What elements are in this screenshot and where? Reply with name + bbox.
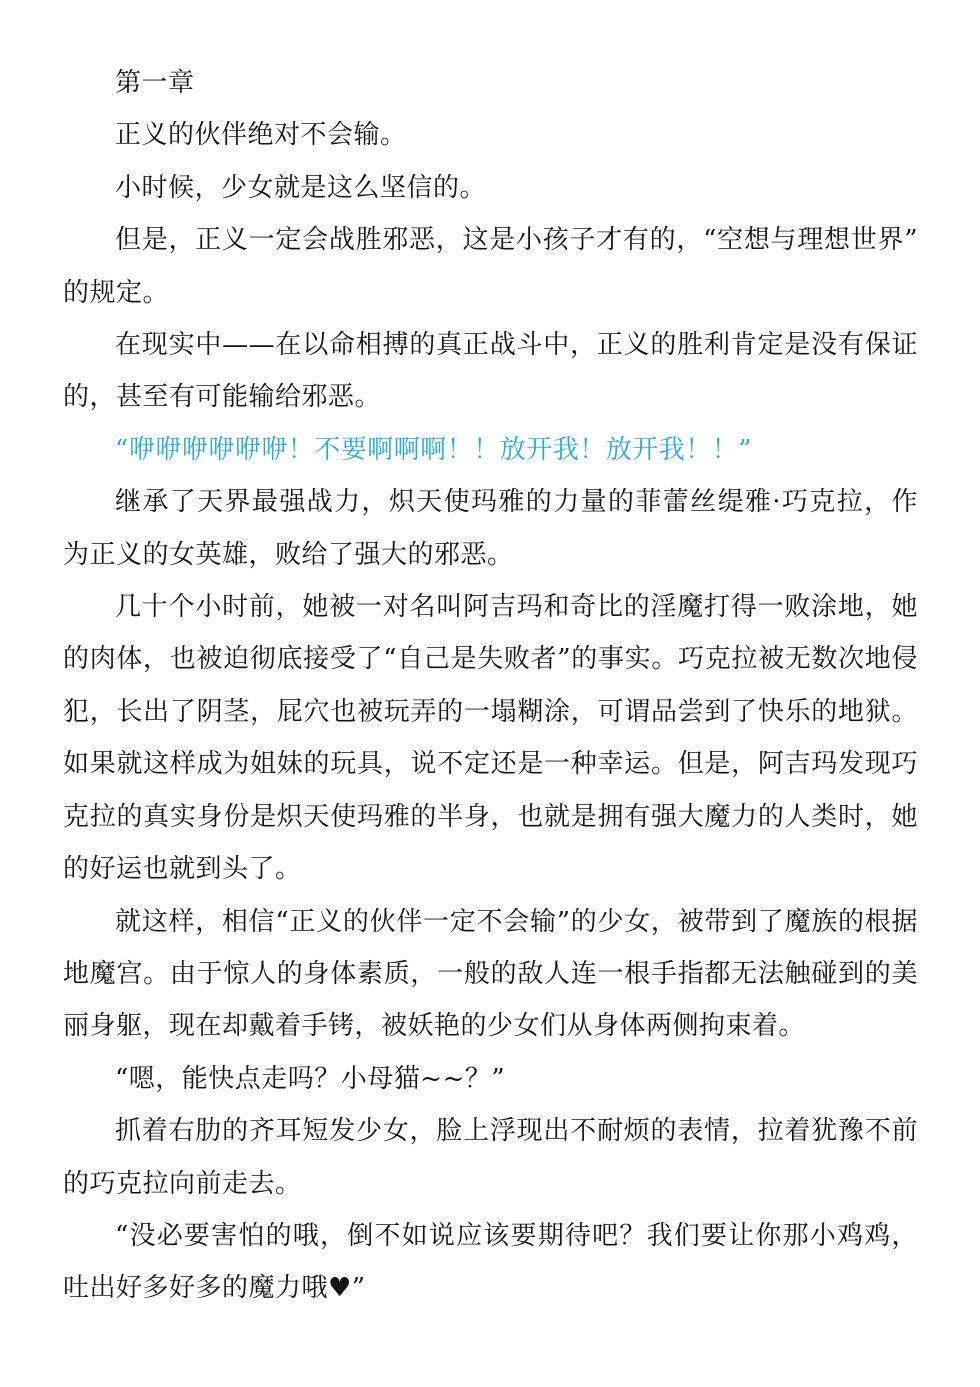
dialogue-line: “咿咿咿咿咿咿！不要啊啊啊！！放开我！放开我！！” <box>63 424 918 476</box>
paragraph: 在现实中——在以命相搏的真正战斗中，正义的胜利肯定是没有保证的，甚至有可能输给邪… <box>63 319 918 424</box>
document-page: 第一章正义的伙伴绝对不会输。小时候，少女就是这么坚信的。但是，正义一定会战胜邪恶… <box>0 0 980 1387</box>
paragraph: 继承了天界最强战力，炽天使玛雅的力量的菲蕾丝缇雅·巧克拉，作为正义的女英雄，败给… <box>63 476 918 581</box>
dialogue-line: “没必要害怕的哦，倒不如说应该要期待吧？我们要让你那小鸡鸡，吐出好多好多的魔力哦… <box>63 1210 918 1315</box>
paragraph: 正义的伙伴绝对不会输。 <box>63 109 918 161</box>
paragraph: 小时候，少女就是这么坚信的。 <box>63 162 918 214</box>
paragraph: 几十个小时前，她被一对名叫阿吉玛和奇比的淫魔打得一败涂地，她的肉体，也被迫彻底接… <box>63 581 918 895</box>
paragraph: 但是，正义一定会战胜邪恶，这是小孩子才有的，“空想与理想世界”的规定。 <box>63 214 918 319</box>
text-content: 第一章正义的伙伴绝对不会输。小时候，少女就是这么坚信的。但是，正义一定会战胜邪恶… <box>63 57 918 1315</box>
chapter-heading: 第一章 <box>63 57 918 109</box>
dialogue-line: “嗯，能快点走吗？小母猫~~？” <box>63 1053 918 1105</box>
paragraph: 抓着右肋的齐耳短发少女，脸上浮现出不耐烦的表情，拉着犹豫不前的巧克拉向前走去。 <box>63 1105 918 1210</box>
paragraph: 就这样，相信“正义的伙伴一定不会输”的少女，被带到了魔族的根据地魔宫。由于惊人的… <box>63 896 918 1053</box>
